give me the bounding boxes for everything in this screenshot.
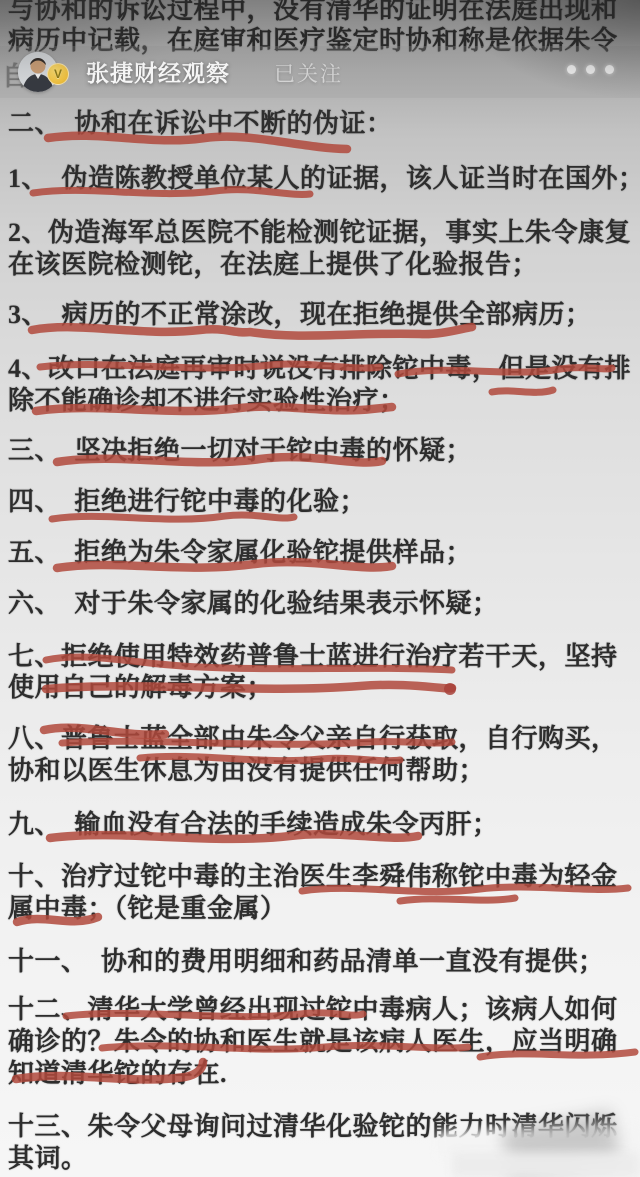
dot [605, 65, 614, 74]
doc-text-line: 1、 伪造陈教授单位某人的证据，该人证当时在国外； [8, 158, 640, 195]
username[interactable]: 张捷财经观察 [86, 55, 230, 88]
post-header: V 张捷财经观察 已关注 [0, 46, 640, 98]
doc-text-line: 3、 病历的不正常涂改，现在拒绝提供全部病历； [8, 294, 592, 331]
doc-text-line: 九、 输血没有合法的手续造成朱令丙肝； [8, 804, 499, 841]
doc-text-line: 属中毒；（铊是重金属） [8, 888, 287, 925]
doc-text-line: 除不能确诊却不进行实验性治疗； [8, 380, 406, 417]
doc-text-line: 协和以医生休息为由没有提供任何帮助； [8, 750, 485, 787]
screenshot-root: 与协和的诉讼过程中，没有清华的证明在法庭出现和 病历中记载，在庭审和医疗鉴定时协… [0, 0, 640, 1177]
doc-text-line: 十一、 协和的费用明细和药品清单一直没有提供； [8, 941, 605, 978]
doc-text-line: 在该医院检测铊，在法庭上提供了化验报告； [8, 244, 538, 281]
doc-text-line: 二、 协和在诉讼中不断的伪证： [8, 103, 393, 140]
follow-status-button[interactable]: 已关注 [274, 58, 343, 88]
doc-text-line: 五、 拒绝为朱令家属化验铊提供样品； [8, 532, 472, 569]
dot [567, 65, 576, 74]
doc-text-line: 知道清华铊的存在. [8, 1053, 227, 1090]
doc-text-line: 其词。 [8, 1138, 88, 1175]
doc-text-line: 十三、朱令父母询问过清华化验铊的能力时清华闪烁 [8, 1106, 618, 1143]
doc-text-line: 四、 拒绝进行铊中毒的化验； [8, 481, 366, 518]
doc-text-line: 三、 坚决拒绝一切对于铊中毒的怀疑； [8, 430, 472, 467]
doc-text-line: 六、 对于朱令家属的化验结果表示怀疑； [8, 583, 499, 620]
dot [586, 65, 595, 74]
ellipsis-icon[interactable] [567, 65, 614, 74]
verified-badge-icon: V [47, 63, 69, 85]
document-photo: 与协和的诉讼过程中，没有清华的证明在法庭出现和 病历中记载，在庭审和医疗鉴定时协… [0, 0, 640, 1177]
doc-text-line: 使用自己的解毒方案； [8, 667, 273, 704]
